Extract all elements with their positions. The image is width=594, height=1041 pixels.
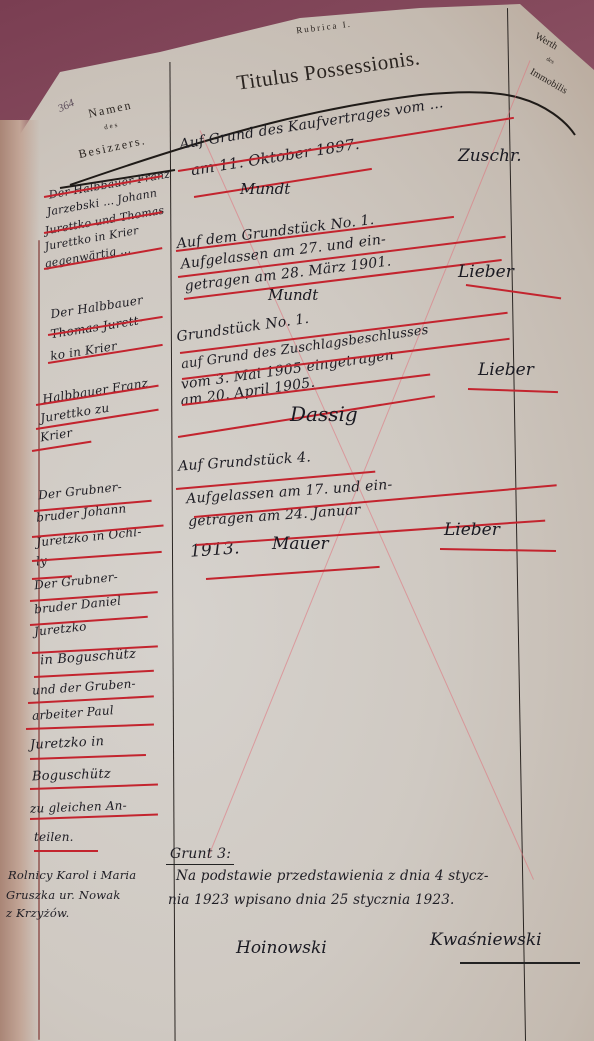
- title-5-line-1: Na podstawie przedstawienia z dnia 4 sty…: [176, 868, 489, 884]
- title-5-line-2: nia 1923 wpisano dnia 25 stycznia 1923.: [168, 892, 455, 908]
- owner-5-line-3: z Krzyżów.: [6, 906, 69, 920]
- signature-dassig: Dassig: [290, 402, 358, 426]
- owner-4-line-14: teilen.: [34, 830, 74, 844]
- signature-lieber-3: Lieber: [444, 520, 500, 540]
- signature-hoinowski: Hoinowski: [236, 938, 327, 958]
- title-5-heading: Grunt 3:: [170, 846, 231, 862]
- signature-lieber-2: Lieber: [478, 360, 534, 380]
- heading-underline: [166, 864, 234, 865]
- signature-mundt-2: Mundt: [268, 286, 318, 304]
- owner-5-line-1: Rolnicy Karol i Maria: [8, 868, 136, 882]
- signature-underline: [460, 962, 580, 964]
- signature-zuschr: Zuschr.: [458, 146, 522, 166]
- signature-mundt-1: Mundt: [240, 180, 290, 198]
- owner-5-line-2: Gruszka ur. Nowak: [6, 888, 121, 902]
- signature-kwasniewski: Kwaśniewski: [430, 930, 542, 950]
- signature-lieber-1: Lieber: [458, 262, 514, 282]
- owner-4-line-12: Boguschütz: [32, 767, 111, 785]
- underline: [34, 850, 98, 852]
- signature-mauer: Mauer: [272, 534, 329, 554]
- margin-line: [38, 240, 40, 1040]
